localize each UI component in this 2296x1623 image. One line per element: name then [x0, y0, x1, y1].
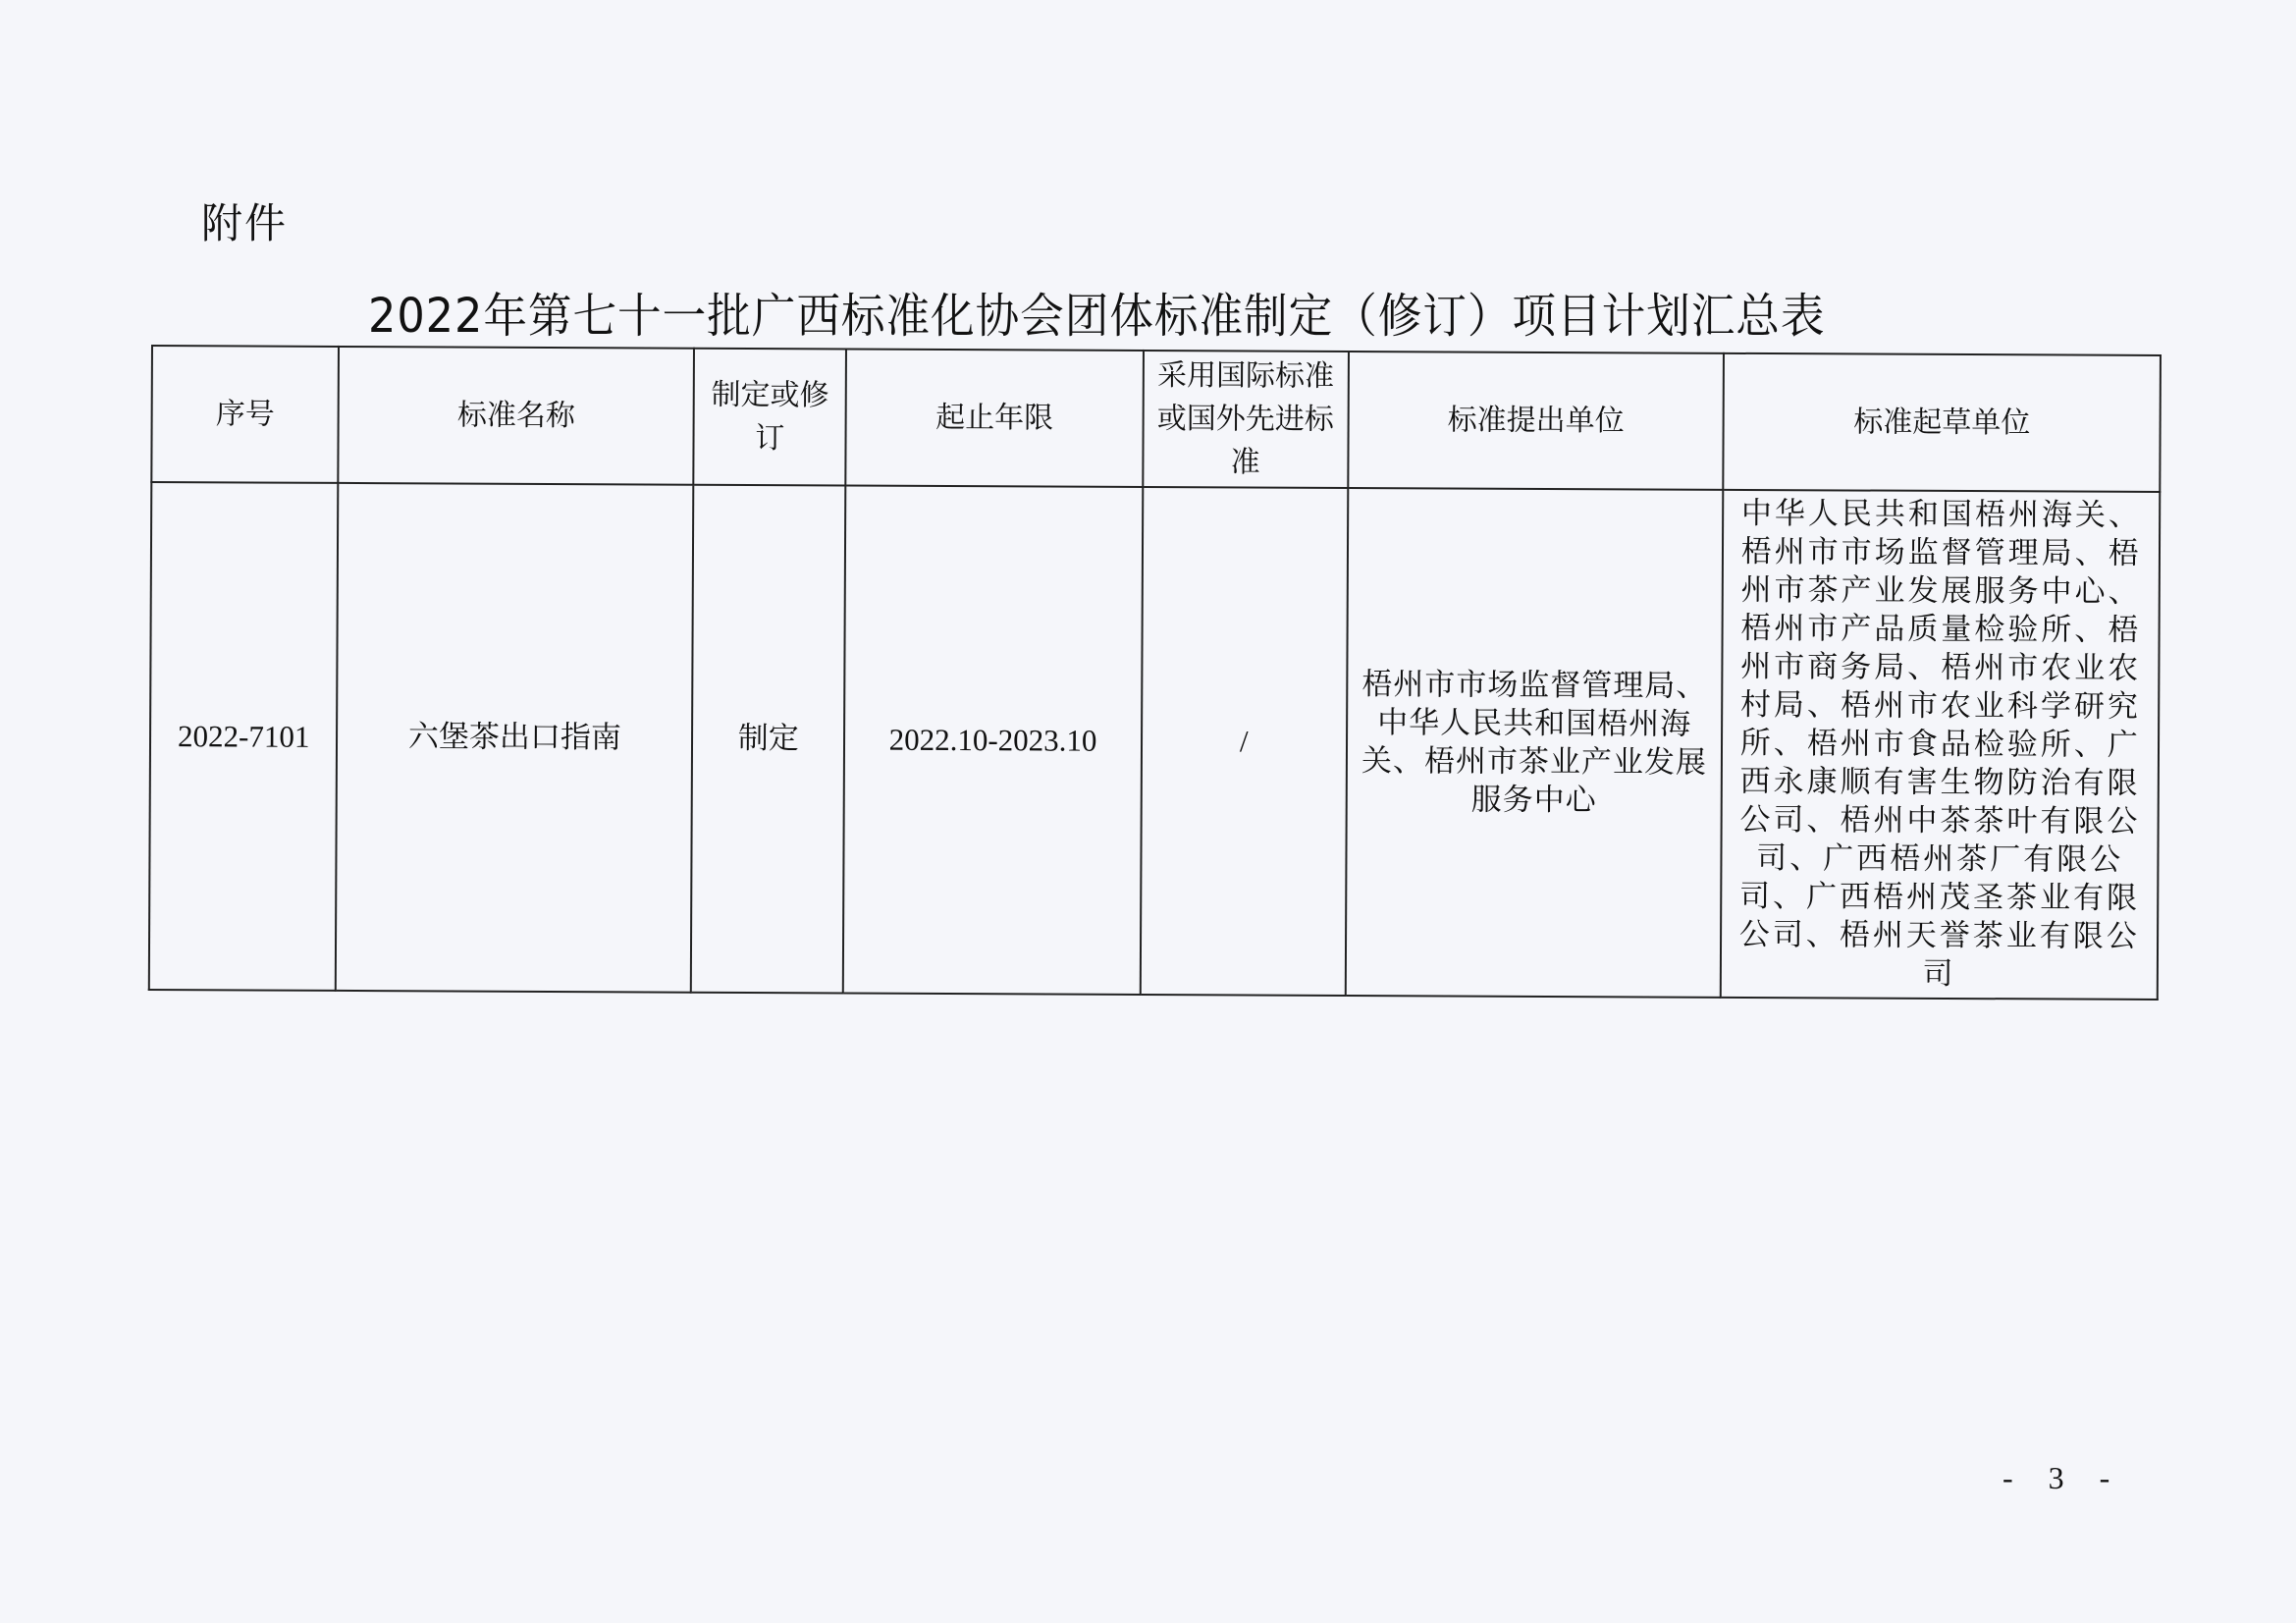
cell-drafter: 中华人民共和国梧州海关、梧州市市场监督管理局、梧州市茶产业发展服务中心、梧州市产…: [1721, 490, 2160, 1000]
document-title: 2022年第七十一批广西标准化协会团体标准制定（修订）项目计划汇总表: [368, 278, 1825, 346]
header-adopted-international: 采用国际标准或国外先进标准: [1143, 351, 1348, 488]
header-drafter: 标准起草单位: [1724, 353, 2161, 492]
attachment-label: 附件: [201, 191, 288, 250]
cell-adopted-international: /: [1141, 487, 1348, 996]
header-serial: 序号: [151, 346, 339, 483]
cell-type: 制定: [691, 485, 845, 994]
header-proposer: 标准提出单位: [1348, 352, 1725, 490]
project-plan-table: 序号 标准名称 制定或修订 起止年限 采用国际标准或国外先进标准 标准提出单位 …: [148, 345, 2162, 1001]
header-period: 起止年限: [845, 349, 1143, 486]
cell-period: 2022.10-2023.10: [843, 485, 1143, 994]
header-standard-name: 标准名称: [339, 347, 695, 485]
page-number: - 3 -: [2002, 1460, 2123, 1496]
cell-standard-name: 六堡茶出口指南: [336, 483, 694, 993]
cell-proposer: 梧州市市场监督管理局、中华人民共和国梧州海关、梧州市茶业产业发展服务中心: [1345, 488, 1723, 998]
cell-serial: 2022-7101: [149, 482, 339, 991]
table-row: 2022-7101 六堡茶出口指南 制定 2022.10-2023.10 / 梧…: [149, 482, 2161, 1000]
header-type: 制定或修订: [694, 349, 847, 486]
table-header-row: 序号 标准名称 制定或修订 起止年限 采用国际标准或国外先进标准 标准提出单位 …: [151, 346, 2161, 492]
